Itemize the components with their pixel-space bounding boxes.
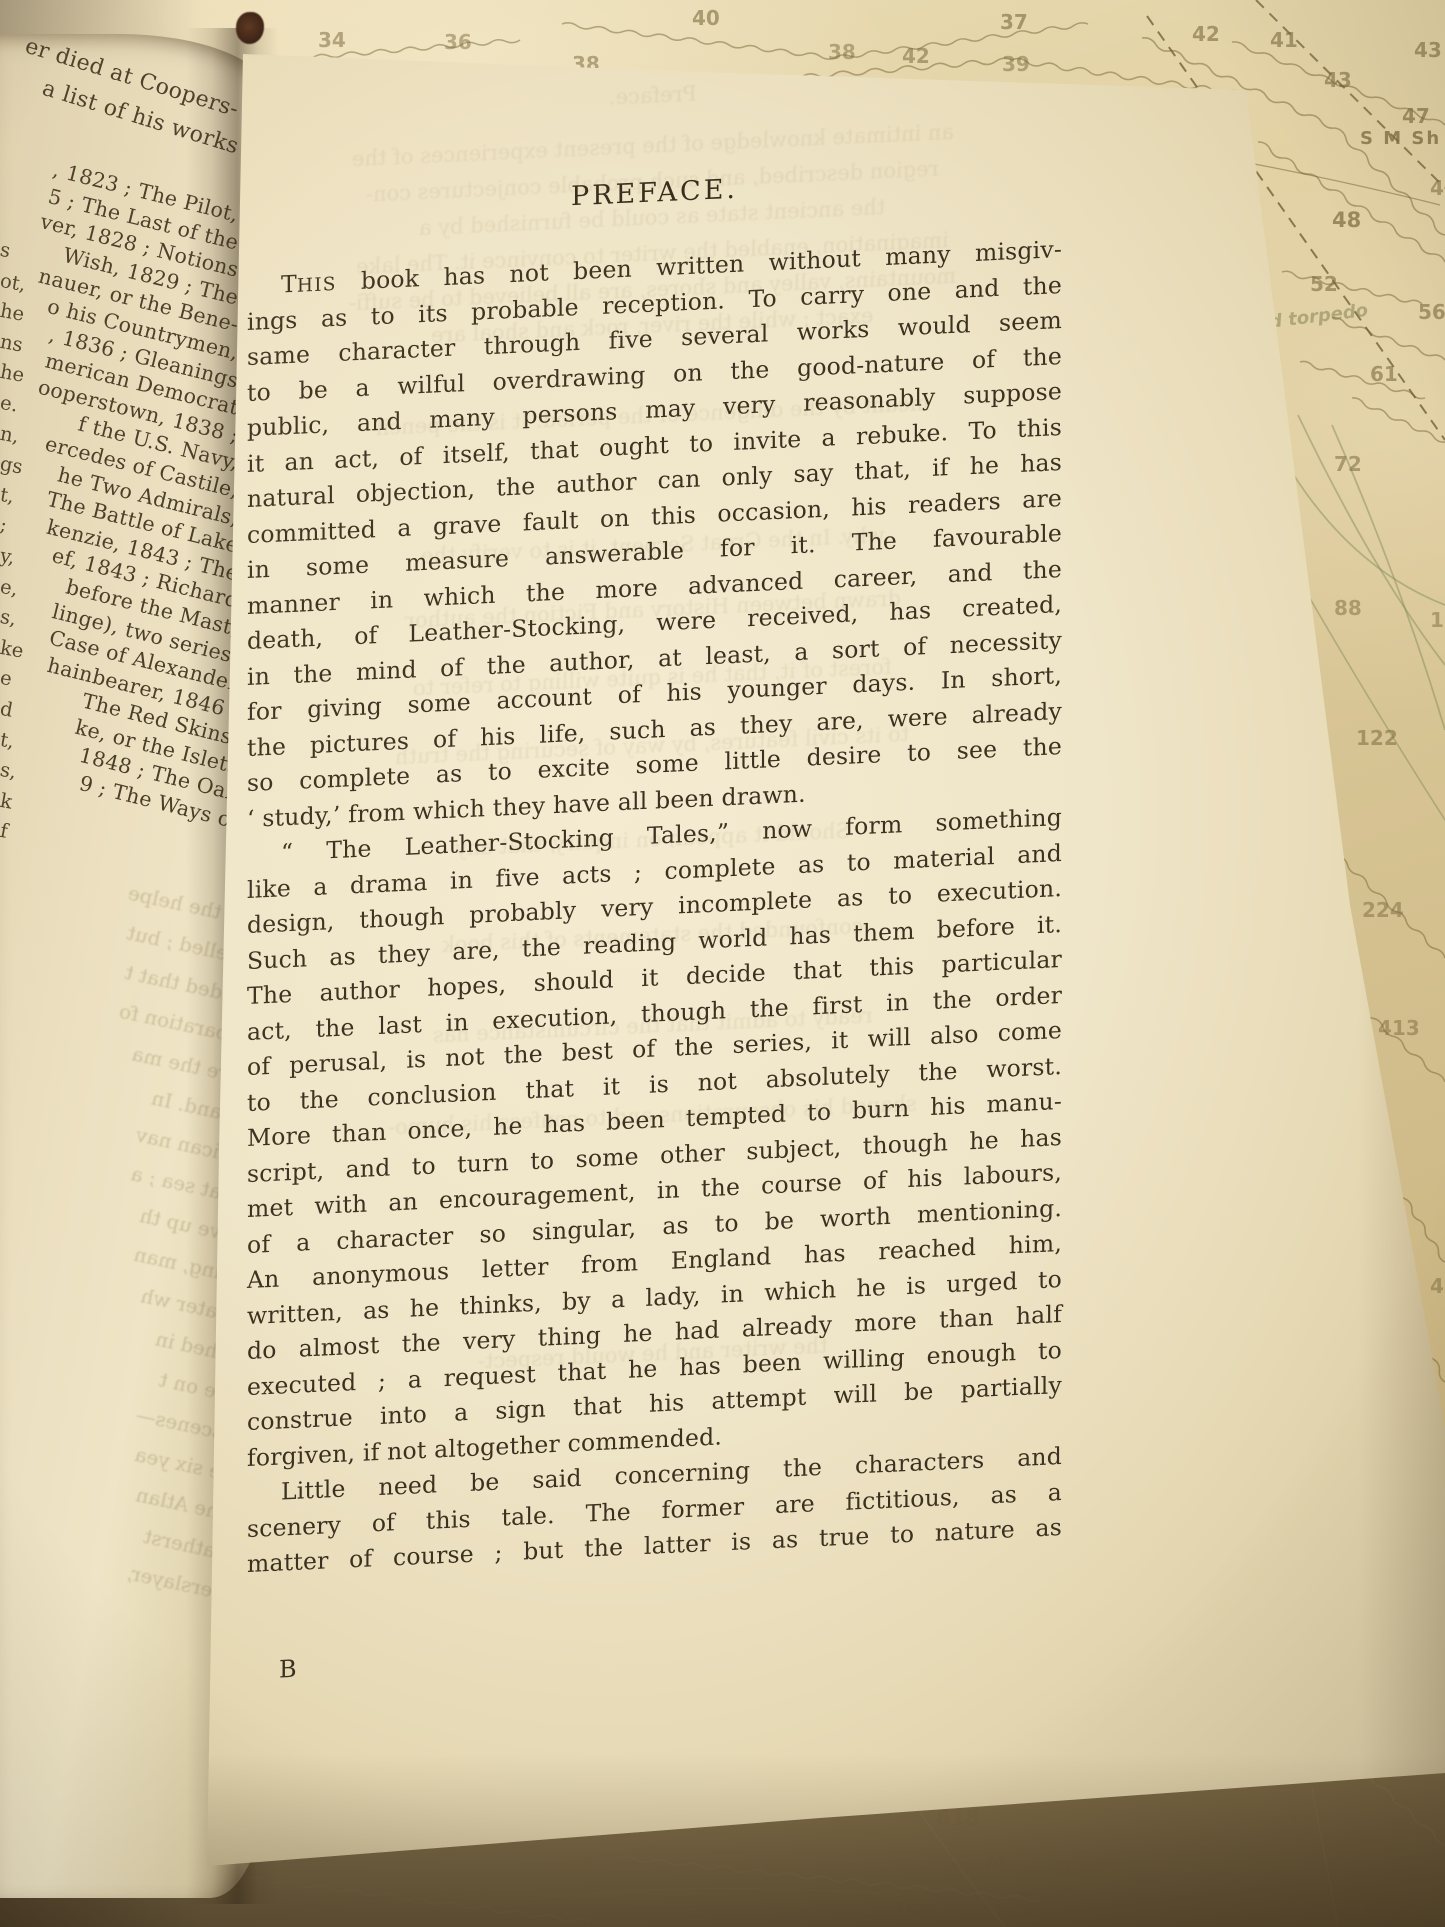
text-fragment: y, bbox=[0, 541, 28, 576]
map-label: 515 bbox=[1272, 1812, 1316, 1836]
map-label: 41 bbox=[1270, 28, 1298, 52]
map-label: 88 bbox=[1334, 596, 1362, 620]
map-label: S M Sh bbox=[1360, 128, 1441, 149]
text-fragment: ; bbox=[0, 510, 28, 545]
map-label: 42 bbox=[1192, 22, 1220, 46]
text-fragment: d bbox=[0, 694, 28, 729]
map-label: 42 bbox=[902, 44, 930, 68]
map-label: 52 bbox=[1310, 272, 1338, 296]
map-label: d torpedo bbox=[1268, 300, 1369, 333]
text-fragment: e, bbox=[0, 572, 28, 607]
text-fragment: s, bbox=[0, 602, 28, 637]
text-fragment: ot, bbox=[0, 266, 28, 301]
text-fragment: s bbox=[0, 235, 28, 270]
map-label: 34 bbox=[318, 28, 346, 52]
map-label: 38 bbox=[828, 40, 856, 64]
text-fragment: he bbox=[0, 296, 28, 331]
text-fragment: t, bbox=[0, 724, 28, 759]
map-label: 224 bbox=[1362, 898, 1404, 922]
text-fragment: t, bbox=[0, 480, 28, 515]
map-label: 49 bbox=[1430, 176, 1445, 200]
map-label: M S bbox=[1324, 1898, 1365, 1922]
text-fragment: gs bbox=[0, 449, 28, 484]
text-fragment: ke bbox=[0, 633, 28, 668]
map-label: 11 bbox=[1430, 608, 1445, 632]
left-page-edge-letter-fragments: sot,henshee.n,gst,;y,e,s,keedt,s,kf bbox=[0, 237, 26, 849]
map-label: 40 bbox=[692, 6, 720, 30]
text-fragment: n, bbox=[0, 419, 28, 454]
map-label: 61 bbox=[1370, 362, 1398, 386]
text-fragment: k bbox=[0, 786, 28, 821]
map-label: 39 bbox=[1002, 52, 1030, 76]
map-label: 43 bbox=[1414, 38, 1442, 62]
text-fragment: he bbox=[0, 357, 28, 392]
map-label: 72 bbox=[1334, 452, 1362, 476]
map-label: 930 bbox=[1058, 1856, 1102, 1880]
map-label: 618 bbox=[936, 1806, 980, 1830]
preface-text-block: PREFACE. THIS book has not been written … bbox=[247, 159, 1062, 1685]
text-fragment: e bbox=[0, 663, 28, 698]
text-fragment: s, bbox=[0, 755, 28, 790]
map-label: 56 bbox=[1418, 300, 1445, 324]
map-label: 45 bbox=[1430, 1274, 1445, 1298]
preface-paragraphs: THIS book has not been written without m… bbox=[247, 232, 1062, 1583]
map-label: M bbox=[986, 1850, 1006, 1874]
photo-open-book-on-map: 34363840384237394241434347S M Sh49485256… bbox=[0, 0, 1445, 1927]
map-label: 47 bbox=[1402, 104, 1430, 128]
map-label: 37 bbox=[1000, 10, 1028, 34]
text-fragment: e. bbox=[0, 388, 28, 423]
map-label: 48 bbox=[1332, 208, 1361, 232]
map-label: 712 bbox=[1222, 1888, 1266, 1912]
map-label: 36 bbox=[444, 30, 472, 54]
map-label: 413 bbox=[1378, 1016, 1420, 1040]
map-label: 43 bbox=[1324, 68, 1352, 92]
map-label: 122 bbox=[1356, 726, 1398, 750]
text-fragment: ns bbox=[0, 327, 28, 362]
map-label: 269 bbox=[890, 1900, 934, 1924]
